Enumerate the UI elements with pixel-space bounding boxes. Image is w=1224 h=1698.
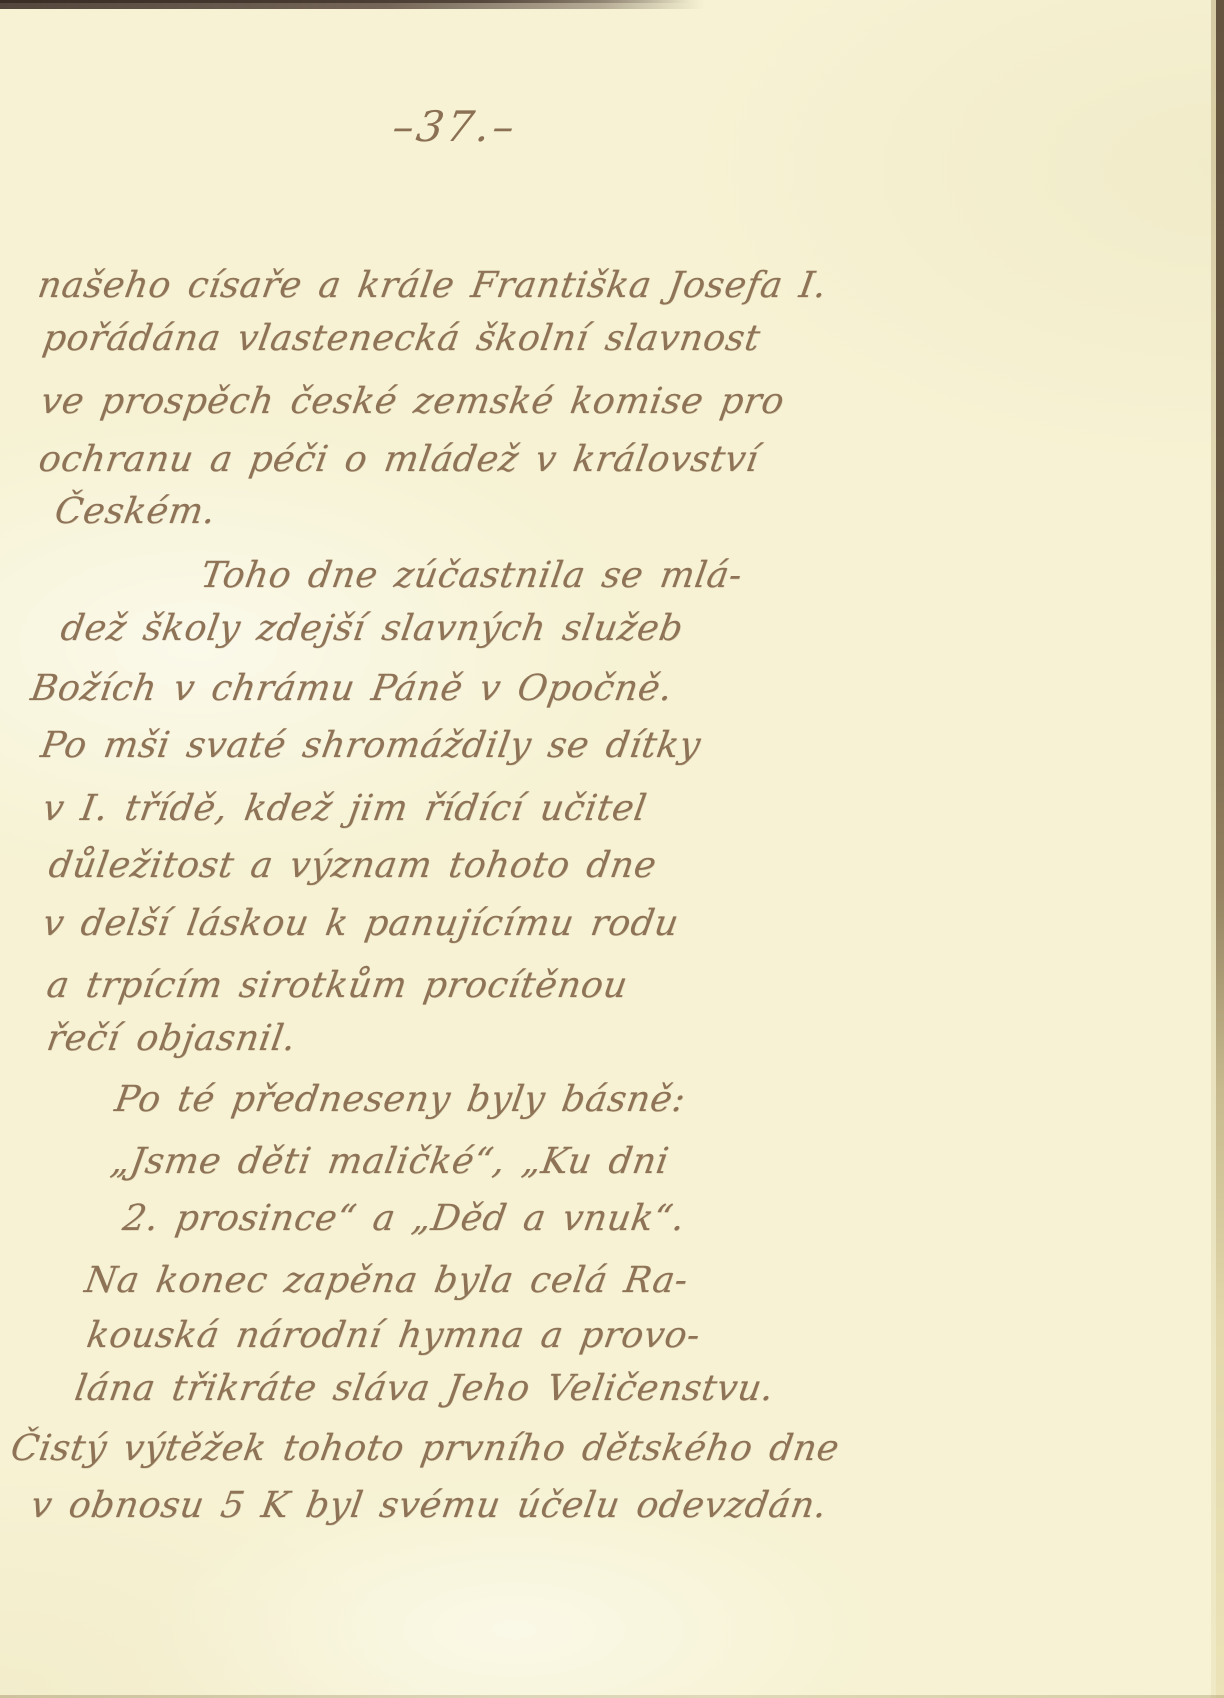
manuscript-line: v I. třídě, kdež jim řídící učitel	[40, 788, 650, 829]
manuscript-line: řečí objasnil.	[44, 1018, 299, 1059]
top-binding-edge-line	[0, 0, 690, 3]
manuscript-line: Českém.	[52, 491, 219, 532]
manuscript-line: Čistý výtěžek tohoto prvního dětského dn…	[8, 1428, 842, 1469]
manuscript-line: 2. prosince“ a „Děd a vnuk“.	[120, 1198, 688, 1239]
manuscript-line: ochranu a péči o mládež v království	[36, 439, 762, 480]
manuscript-line: Po mši svaté shromáždily se dítky	[38, 725, 704, 766]
manuscript-line: v delší láskou k panujícímu rodu	[40, 903, 682, 944]
manuscript-line: Božích v chrámu Páně v Opočně.	[28, 668, 676, 709]
manuscript-line: kouská národní hymna a provo-	[84, 1315, 703, 1356]
manuscript-line: Po té předneseny byly básně:	[112, 1079, 689, 1120]
manuscript-line: v obnosu 5 K byl svému účelu odevzdán.	[28, 1485, 830, 1526]
page-number: –37.–	[351, 102, 559, 151]
manuscript-line: a trpícím sirotkům procítěnou	[44, 965, 631, 1006]
manuscript-line: lána třikráte sláva Jeho Veličenstvu.	[72, 1368, 777, 1409]
manuscript-line: dež školy zdejší slavných služeb	[58, 608, 686, 649]
right-page-edge	[1216, 0, 1224, 1698]
manuscript-page: –37.– našeho císaře a krále Františka Jo…	[0, 0, 1224, 1698]
manuscript-line: Na konec zapěna byla celá Ra-	[82, 1260, 691, 1301]
manuscript-line: důležitost a význam tohoto dne	[46, 845, 659, 886]
manuscript-line: „Jsme děti maličké“, „Ku dni	[108, 1141, 672, 1182]
manuscript-line: Toho dne zúčastnila se mlá-	[198, 555, 745, 596]
manuscript-line: ve prospěch české zemské komise pro	[38, 381, 787, 422]
manuscript-line: pořádána vlastenecká školní slavnost	[40, 318, 763, 359]
manuscript-line: našeho císaře a krále Františka Josefa I…	[35, 265, 830, 306]
